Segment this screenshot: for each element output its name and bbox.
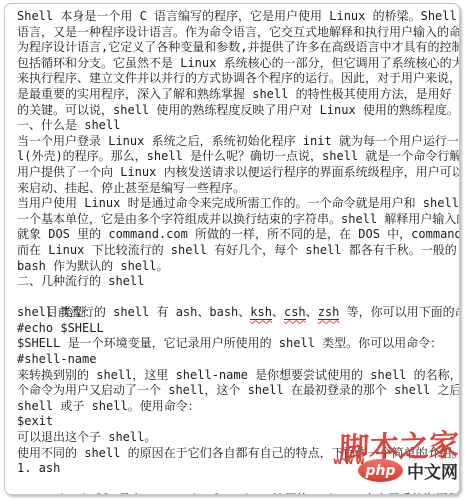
text-line: 当用户使用 Linux 时是通过命令来完成所需工作的。一个命令就是用户和 she… <box>17 196 451 212</box>
text-line: 的关键。可以说，shell 使用的熟练程度反映了用户对 Linux 使用的熟练程… <box>17 103 451 119</box>
section-heading-popular-shells: 二、几种流行的 shell <box>17 274 451 290</box>
misspelled-word-ksh: ksh <box>250 305 272 320</box>
text-line: $SHELL 是一个环境变量，它记录用户所使用的 shell 类型。你可以用命令… <box>17 336 451 352</box>
command-line-echo-shell: #echo $SHELL <box>17 321 451 337</box>
command-line-exit: $exit <box>17 414 451 430</box>
text-line: 语言，又是一种程序设计语言。作为命令语言，它交互式地解释和执行用户输入的命令；作 <box>17 25 451 41</box>
text-line: 来启动、挂起、停止甚至是编写一些程序。 <box>17 181 451 197</box>
command-line-shell-name: #shell-name <box>17 352 451 368</box>
misspelled-word-csh: csh <box>284 305 306 320</box>
text-segment: 、 <box>272 305 284 319</box>
text-line: 包括循环和分支。它虽然不是 Linux 系统核心的一部分，但它调用了系统核心的大… <box>17 56 451 72</box>
text-line: 一个基本单位，它是由多个字符组成并以换行结束的字符串。shell 解释用户输入的… <box>17 212 451 228</box>
text-segment: 等，你可以用下面的命令来查看你自己的 <box>339 305 460 319</box>
text-line: 当一个用户登录 Linux 系统之后，系统初始化程序 init 就为每一个用户运… <box>17 134 451 150</box>
text-line: 来转换到别的 shell，这里 shell-name 是你想要尝试使用的 she… <box>17 368 451 384</box>
misspelled-word-zsh: zsh <box>318 305 340 320</box>
text-line: shell 或子 shell。使用命令： <box>17 399 451 415</box>
document-page: Shell 本身是一个用 C 语言编写的程序，它是用户使用 Linux 的桥梁。… <box>4 3 460 495</box>
text-line: 为程序设计语言,它定义了各种变量和参数,并提供了许多在高级语言中才具有的控制结构… <box>17 40 451 56</box>
text-line: 是最重要的实用程序，深入了解和熟练掌握 shell 的特性极其使用方法，是用好 … <box>17 87 451 103</box>
text-segment: ash shell 是由 Kenneth <box>46 492 207 495</box>
text-line-popular-shells: 目前流行的 shell 有 ash、bash、ksh、csh、zsh 等，你可以… <box>17 290 451 306</box>
text-line: 个命令为用户又启动了一个 shell，这个 shell 在最初登录的那个 she… <box>17 383 451 399</box>
text-line-ash-author: ash shell 是由 Kenneth Almquist 编写的，Linux … <box>17 477 451 493</box>
misspelled-word-almquist: Almquist <box>207 492 265 495</box>
text-line: 来执行程序、建立文件并以并行的方式协调各个程序的运行。因此，对于用户来说，she… <box>17 71 451 87</box>
text-segment: 、 <box>306 305 318 319</box>
text-line: 使用不同的 shell 的原因在于它们各自都有自己的特点，下面作一个简单的介绍。 <box>17 446 451 462</box>
text-line: l(外壳)的程序。那么，shell 是什么呢？确切一点说，shell 就是一个命… <box>17 149 451 165</box>
text-line: 而在 Linux 下比较流行的 shell 有好几个，每个 shell 都各有千… <box>17 243 451 259</box>
text-line: 就象 DOS 里的 command.com 所做的一样，所不同的是，在 DOS … <box>17 227 451 243</box>
text-segment: 编写的，Linux 中占用系统资源最少的一个小 shell，它 <box>265 492 460 495</box>
text-line: bash 作为默认的 shell。 <box>17 259 451 275</box>
text-line: 可以退出这个子 shell。 <box>17 430 451 446</box>
text-line: Shell 本身是一个用 C 语言编写的程序，它是用户使用 Linux 的桥梁。… <box>17 9 451 25</box>
section-heading-what-is-shell: 一、什么是 shell <box>17 118 451 134</box>
text-line: 用户提供了一个向 Linux 内核发送请求以便运行程序的界面系统级程序，用户可以… <box>17 165 451 181</box>
list-item-ash-heading: 1. ash <box>17 461 451 477</box>
